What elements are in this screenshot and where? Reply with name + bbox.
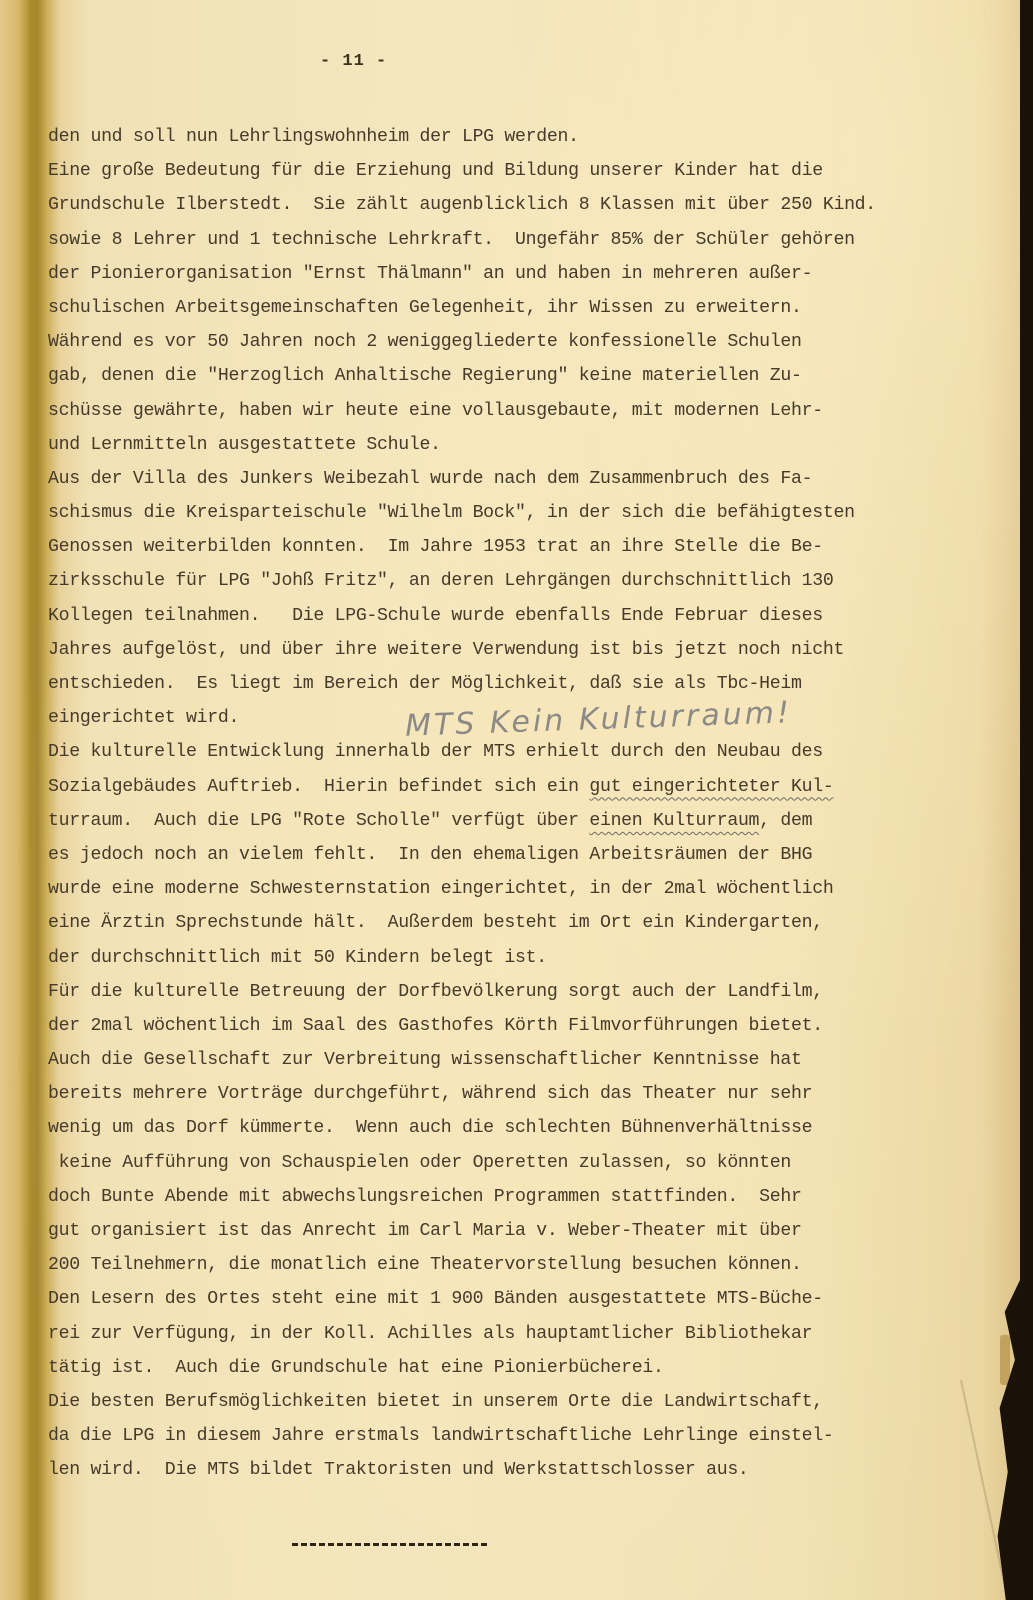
text-line: schüsse gewährte, haben wir heute eine v…: [48, 394, 1008, 428]
underlined-phrase: einen Kulturraum: [589, 811, 759, 831]
text-line: eine Ärztin Sprechstunde hält. Außerdem …: [48, 906, 1008, 940]
text-segment: turraum. Auch die LPG "Rote Scholle" ver…: [48, 811, 589, 831]
text-line: 200 Teilnehmern, die monatlich eine Thea…: [48, 1248, 1008, 1282]
text-line: keine Aufführung von Schauspielen oder O…: [48, 1146, 1008, 1180]
text-line: turraum. Auch die LPG "Rote Scholle" ver…: [48, 804, 1008, 838]
page-number: - 11 -: [320, 52, 387, 71]
text-line: Jahres aufgelöst, und über ihre weitere …: [48, 633, 1008, 667]
text-line: wenig um das Dorf kümmerte. Wenn auch di…: [48, 1111, 1008, 1145]
text-line: Eine große Bedeutung für die Erziehung u…: [48, 154, 1008, 188]
text-line: sowie 8 Lehrer und 1 technische Lehrkraf…: [48, 223, 1008, 257]
document-page: - 11 - den und soll nun Lehrlingswohnhei…: [0, 0, 1020, 1600]
text-line: rei zur Verfügung, in der Koll. Achilles…: [48, 1317, 1008, 1351]
text-line: da die LPG in diesem Jahre erstmals land…: [48, 1419, 1008, 1453]
text-line: schismus die Kreisparteischule "Wilhelm …: [48, 496, 1008, 530]
text-line: entschieden. Es liegt im Bereich der Mög…: [48, 667, 1008, 701]
end-divider: [292, 1543, 487, 1546]
text-line: Für die kulturelle Betreuung der Dorfbev…: [48, 975, 1008, 1009]
text-line: wurde eine moderne Schwesternstation ein…: [48, 872, 1008, 906]
text-line: gut organisiert ist das Anrecht im Carl …: [48, 1214, 1008, 1248]
text-line: tätig ist. Auch die Grundschule hat eine…: [48, 1351, 1008, 1385]
text-line: doch Bunte Abende mit abwechslungsreiche…: [48, 1180, 1008, 1214]
text-line: der durchschnittlich mit 50 Kindern bele…: [48, 941, 1008, 975]
text-line: Aus der Villa des Junkers Weibezahl wurd…: [48, 462, 1008, 496]
text-line: gab, denen die "Herzoglich Anhaltische R…: [48, 359, 1008, 393]
text-line: Während es vor 50 Jahren noch 2 weniggeg…: [48, 325, 1008, 359]
text-line: der Pionierorganisation "Ernst Thälmann"…: [48, 257, 1008, 291]
text-line: zirksschule für LPG "Johß Fritz", an der…: [48, 564, 1008, 598]
text-line: den und soll nun Lehrlingswohnheim der L…: [48, 120, 1008, 154]
text-line: Sozialgebäudes Auftrieb. Hierin befindet…: [48, 770, 1008, 804]
typewritten-body: den und soll nun Lehrlingswohnheim der L…: [48, 120, 1008, 1488]
text-line: Die kulturelle Entwicklung innerhalb der…: [48, 735, 1008, 769]
text-line: Den Lesern des Ortes steht eine mit 1 90…: [48, 1282, 1008, 1316]
text-line: Kollegen teilnahmen. Die LPG-Schule wurd…: [48, 599, 1008, 633]
text-segment: Sozialgebäudes Auftrieb. Hierin befindet…: [48, 777, 589, 797]
text-line: Die besten Berufsmöglichkeiten bietet in…: [48, 1385, 1008, 1419]
text-line: und Lernmitteln ausgestattete Schule.: [48, 428, 1008, 462]
text-line: bereits mehrere Vorträge durchgeführt, w…: [48, 1077, 1008, 1111]
text-line: Genossen weiterbilden konnten. Im Jahre …: [48, 530, 1008, 564]
text-line: len wird. Die MTS bildet Traktoristen un…: [48, 1453, 1008, 1487]
text-segment: , dem: [759, 811, 812, 831]
page-fold-shadow: [28, 0, 46, 1600]
text-line: der 2mal wöchentlich im Saal des Gasthof…: [48, 1009, 1008, 1043]
text-line: schulischen Arbeitsgemeinschaften Gelege…: [48, 291, 1008, 325]
text-line: Auch die Gesellschaft zur Verbreitung wi…: [48, 1043, 1008, 1077]
text-line: Grundschule Ilberstedt. Sie zählt augenb…: [48, 188, 1008, 222]
text-line: es jedoch noch an vielem fehlt. In den e…: [48, 838, 1008, 872]
underlined-phrase: gut eingerichteter Kul-: [589, 777, 833, 797]
